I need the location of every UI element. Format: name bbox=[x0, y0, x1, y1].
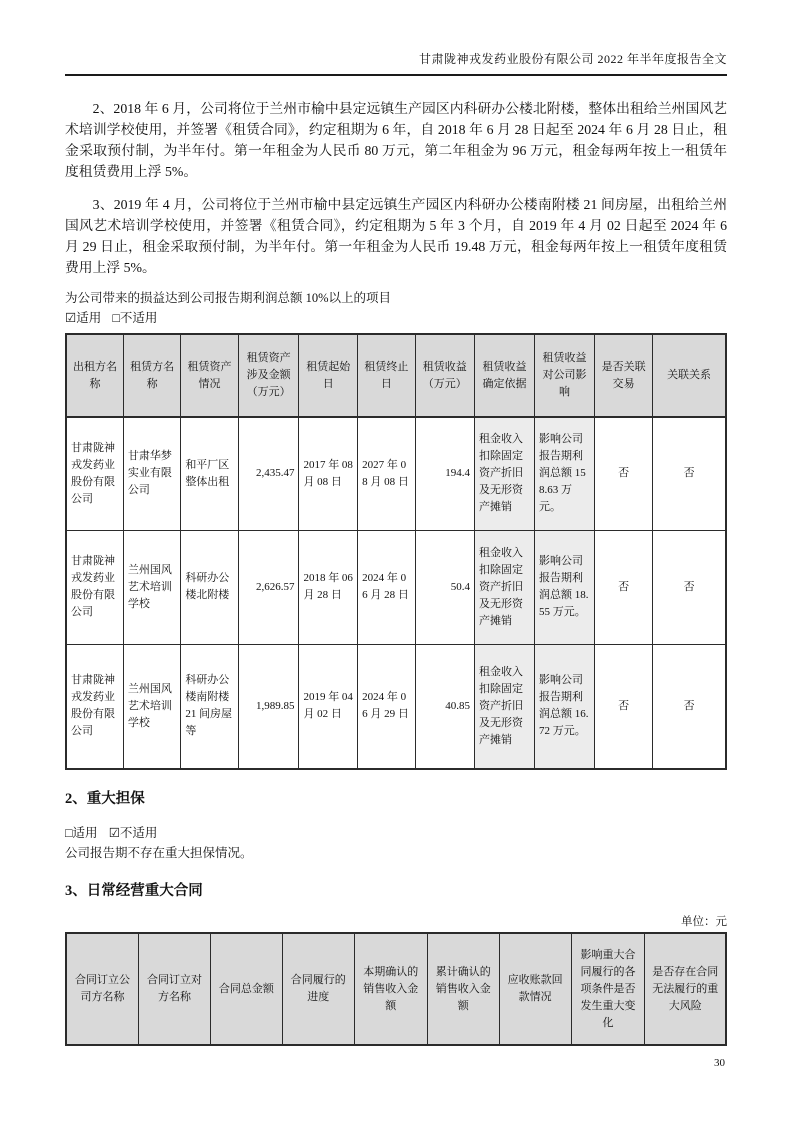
contract-th-performance-progress: 合同履行的进度 bbox=[282, 933, 354, 1045]
lease-th-lessee-name: 租赁方名称 bbox=[123, 334, 180, 417]
lease-th-asset-amount: 租赁资产涉及金额（万元） bbox=[238, 334, 299, 417]
contract-table-header-row: 合同订立公司方名称 合同订立对方名称 合同总金额 合同履行的进度 本期确认的销售… bbox=[66, 933, 726, 1045]
table-cell: 2,435.47 bbox=[238, 417, 299, 530]
report-page: 甘肃陇神戎发药业股份有限公司 2022 年半年度报告全文 2、2018 年 6 … bbox=[0, 0, 793, 1122]
table-cell: 2024 年 06 月 28 日 bbox=[358, 530, 415, 644]
table-cell: 2027 年 08 月 08 日 bbox=[358, 417, 415, 530]
not-applicable-checkbox: □不适用 bbox=[112, 311, 157, 325]
contract-th-company-name: 合同订立公司方名称 bbox=[66, 933, 139, 1045]
table-cell: 2017 年 08 月 08 日 bbox=[299, 417, 358, 530]
guarantee-note: 公司报告期不存在重大担保情况。 bbox=[65, 845, 727, 862]
not-applicable-checkbox-checked: ☑不适用 bbox=[109, 826, 158, 840]
table-cell: 科研办公楼北附楼 bbox=[181, 530, 238, 644]
table-cell: 影响公司报告期利润总额 158.63 万元。 bbox=[535, 417, 595, 530]
contract-th-cumulative-revenue: 累计确认的销售收入金额 bbox=[427, 933, 499, 1045]
lease-th-end-date: 租赁终止日 bbox=[358, 334, 415, 417]
lease-th-relationship: 关联关系 bbox=[653, 334, 726, 417]
header-rule bbox=[65, 74, 727, 76]
contract-th-counterparty-name: 合同订立对方名称 bbox=[139, 933, 211, 1045]
contract-th-current-revenue: 本期确认的销售收入金额 bbox=[354, 933, 427, 1045]
table-cell: 2019 年 04 月 02 日 bbox=[299, 644, 358, 769]
lease-th-lessor-name: 出租方名称 bbox=[66, 334, 123, 417]
lease-th-income: 租赁收益（万元） bbox=[415, 334, 474, 417]
table-cell: 甘肃陇神戎发药业股份有限公司 bbox=[66, 417, 123, 530]
table-cell: 1,989.85 bbox=[238, 644, 299, 769]
table-cell: 2,626.57 bbox=[238, 530, 299, 644]
applicable-checkbox-checked: ☑适用 bbox=[65, 311, 101, 325]
table-cell: 甘肃陇神戎发药业股份有限公司 bbox=[66, 530, 123, 644]
table-cell: 影响公司报告期利润总额 16.72 万元。 bbox=[535, 644, 595, 769]
contract-table: 合同订立公司方名称 合同订立对方名称 合同总金额 合同履行的进度 本期确认的销售… bbox=[65, 932, 727, 1046]
lease-table: 出租方名称 租赁方名称 租赁资产情况 租赁资产涉及金额（万元） 租赁起始日 租赁… bbox=[65, 333, 727, 770]
report-header-title: 甘肃陇神戎发药业股份有限公司 2022 年半年度报告全文 bbox=[65, 52, 727, 66]
profit-items-applicability: ☑适用 □不适用 bbox=[65, 310, 727, 326]
contract-th-performance-risk: 是否存在合同无法履行的重大风险 bbox=[645, 933, 726, 1045]
table-cell: 甘肃陇神戎发药业股份有限公司 bbox=[66, 644, 123, 769]
table-cell: 否 bbox=[653, 644, 726, 769]
paragraph-lease-item-3: 3、2019 年 4 月，公司将位于兰州市榆中县定远镇生产园区内科研办公楼南附楼… bbox=[65, 194, 727, 278]
lease-table-row-2: 甘肃陇神戎发药业股份有限公司 兰州国风艺术培训学校 科研办公楼北附楼 2,626… bbox=[66, 530, 726, 644]
table-cell: 兰州国风艺术培训学校 bbox=[123, 530, 180, 644]
contract-th-receivables-collection: 应收账款回款情况 bbox=[499, 933, 571, 1045]
table-cell: 租金收入扣除固定资产折旧及无形资产摊销 bbox=[474, 644, 534, 769]
guarantee-applicability: □适用 ☑不适用 bbox=[65, 825, 727, 841]
section-heading-major-guarantees: 2、重大担保 bbox=[65, 791, 727, 808]
table-cell: 租金收入扣除固定资产折旧及无形资产摊销 bbox=[474, 530, 534, 644]
table-cell: 影响公司报告期利润总额 18.55 万元。 bbox=[535, 530, 595, 644]
lease-table-header-row: 出租方名称 租赁方名称 租赁资产情况 租赁资产涉及金额（万元） 租赁起始日 租赁… bbox=[66, 334, 726, 417]
table-cell: 租金收入扣除固定资产折旧及无形资产摊销 bbox=[474, 417, 534, 530]
lease-th-start-date: 租赁起始日 bbox=[299, 334, 358, 417]
applicable-checkbox: □适用 bbox=[65, 826, 98, 840]
lease-th-related-transaction: 是否关联交易 bbox=[595, 334, 653, 417]
lease-table-row-1: 甘肃陇神戎发药业股份有限公司 甘肃华梦实业有限公司 和平厂区整体出租 2,435… bbox=[66, 417, 726, 530]
table-cell: 和平厂区整体出租 bbox=[181, 417, 238, 530]
section-heading-major-contracts: 3、日常经营重大合同 bbox=[65, 883, 727, 900]
table-cell: 40.85 bbox=[415, 644, 474, 769]
table-cell: 甘肃华梦实业有限公司 bbox=[123, 417, 180, 530]
table-cell: 2018 年 06 月 28 日 bbox=[299, 530, 358, 644]
table-cell: 否 bbox=[653, 417, 726, 530]
paragraph-lease-item-2: 2、2018 年 6 月，公司将位于兰州市榆中县定远镇生产园区内科研办公楼北附楼… bbox=[65, 98, 727, 182]
lease-th-income-basis: 租赁收益确定依据 bbox=[474, 334, 534, 417]
profit-items-intro: 为公司带来的损益达到公司报告期利润总额 10%以上的项目 bbox=[65, 290, 727, 306]
lease-th-company-impact: 租赁收益对公司影响 bbox=[535, 334, 595, 417]
unit-label: 单位：元 bbox=[65, 915, 727, 929]
table-cell: 否 bbox=[595, 530, 653, 644]
table-cell: 兰州国风艺术培训学校 bbox=[123, 644, 180, 769]
table-cell: 科研办公楼南附楼 21 间房屋等 bbox=[181, 644, 238, 769]
table-cell: 否 bbox=[653, 530, 726, 644]
lease-table-row-3: 甘肃陇神戎发药业股份有限公司 兰州国风艺术培训学校 科研办公楼南附楼 21 间房… bbox=[66, 644, 726, 769]
table-cell: 否 bbox=[595, 417, 653, 530]
contract-th-conditions-change: 影响重大合同履行的各项条件是否发生重大变化 bbox=[571, 933, 645, 1045]
table-cell: 2024 年 06 月 29 日 bbox=[358, 644, 415, 769]
lease-th-asset-description: 租赁资产情况 bbox=[181, 334, 238, 417]
table-cell: 50.4 bbox=[415, 530, 474, 644]
table-cell: 否 bbox=[595, 644, 653, 769]
table-cell: 194.4 bbox=[415, 417, 474, 530]
contract-th-total-amount: 合同总金额 bbox=[210, 933, 282, 1045]
page-number: 30 bbox=[65, 1057, 727, 1069]
